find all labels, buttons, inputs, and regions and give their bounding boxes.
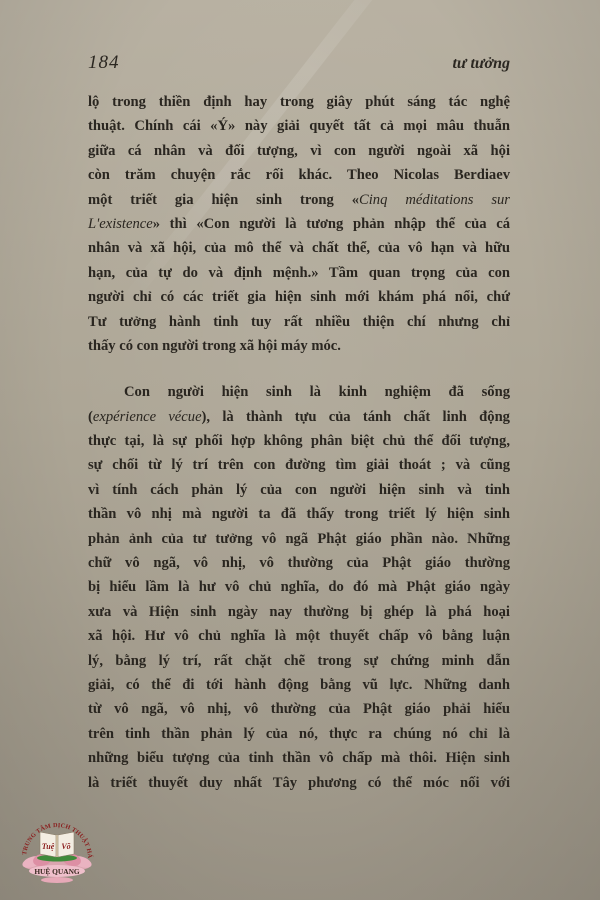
logo-right-glyph: Võ — [61, 842, 70, 851]
text-line: một triết gia hiện sinh trong «Cinq médi… — [88, 188, 510, 212]
italic-fragment: L'existence — [88, 216, 153, 232]
text-line: hạn, của tự do và định mệnh.» Tầm quan t… — [88, 261, 510, 285]
text-line: xã hội. Hư vô chủ nghĩa là một thuyết ch… — [88, 624, 510, 648]
text-line: còn trăm chuyện rắc rối khác. Theo Nicol… — [88, 163, 510, 187]
paragraph-gap — [88, 358, 510, 380]
text-line: xưa và Hiện sinh ngày nay thường bị ghép… — [88, 600, 510, 624]
text-line: nhân và xã hội, của mô thể và chất thể, … — [88, 236, 510, 260]
text-line: thực tại, là sự phối hợp không phân biệt… — [88, 429, 510, 453]
text-line: thần vô nhị mà người ta đã thấy trong tr… — [88, 502, 510, 526]
logo-name: HUỆ QUANG — [34, 867, 80, 876]
text-line: bị hiểu lầm là hư vô chủ nghĩa, do đó mà… — [88, 575, 510, 599]
paragraph-2: Con người hiện sinh là kinh nghiệm đã số… — [88, 380, 510, 795]
text-line: là triết thuyết duy nhất Tây phương có t… — [88, 771, 510, 795]
text-line: phản ảnh của tư tưởng vô ngã Phật giáo p… — [88, 527, 510, 551]
chapter-title: tư tưởng — [452, 55, 510, 73]
text-line: chữ vô ngã, vô nhị, vô thường của Phật g… — [88, 551, 510, 575]
text-line: thấy có con người trong xã hội máy móc. — [88, 334, 510, 358]
lotus-book-emblem-icon: TRUNG TÂM DỊCH THUẬT HÁN NÔM Tuệ Võ HUỆ … — [18, 818, 96, 884]
paragraph-1: lộ trong thiền định hay trong giây phút … — [88, 90, 510, 358]
running-header: 184 tư tưởng — [88, 52, 510, 76]
text-line: lý, bằng lý trí, rất chặt chẽ trong sự c… — [88, 649, 510, 673]
text-line: từ vô ngã, vô nhị, vô thường của Phật gi… — [88, 697, 510, 721]
italic-fragment: Cinq méditations sur — [359, 192, 510, 208]
text-line: người chỉ có các triết gia hiện sinh mới… — [88, 285, 510, 309]
hue-quang-logo: TRUNG TÂM DỊCH THUẬT HÁN NÔM Tuệ Võ HUỆ … — [18, 818, 96, 884]
italic-fragment: expérience vécue — [93, 409, 202, 425]
logo-left-glyph: Tuệ — [42, 842, 55, 851]
text-line: lộ trong thiền định hay trong giây phút … — [88, 90, 510, 114]
text-line: giữa cá nhân và đối tượng, vì con người … — [88, 139, 510, 163]
text-line: sự chối từ lý trí trên con đường tìm giả… — [88, 453, 510, 477]
text-line: thuật. Chính cái «Ý» này giải quyết tất … — [88, 114, 510, 138]
text-line: L'existence» thì «Con người là tương phả… — [88, 212, 510, 236]
page-number: 184 — [88, 52, 120, 74]
text-line: (expérience vécue), là thành tựu của tán… — [88, 405, 510, 429]
text-line: giải, có thể đi tới hành động bằng vũ lự… — [88, 673, 510, 697]
text-line: vì tính cách phản lý của con người hiện … — [88, 478, 510, 502]
text-line: những biểu tượng của tinh thần vô chấp m… — [88, 746, 510, 770]
body-text: lộ trong thiền định hay trong giây phút … — [88, 90, 510, 795]
scanned-book-page: 184 tư tưởng lộ trong thiền định hay tro… — [0, 0, 600, 900]
text-line: Tư tưởng hành tinh tuy rất nhiều thiện c… — [88, 310, 510, 334]
text-line: Con người hiện sinh là kinh nghiệm đã số… — [88, 380, 510, 404]
text-line: trên tinh thần phản lý của nó, thực ra c… — [88, 722, 510, 746]
